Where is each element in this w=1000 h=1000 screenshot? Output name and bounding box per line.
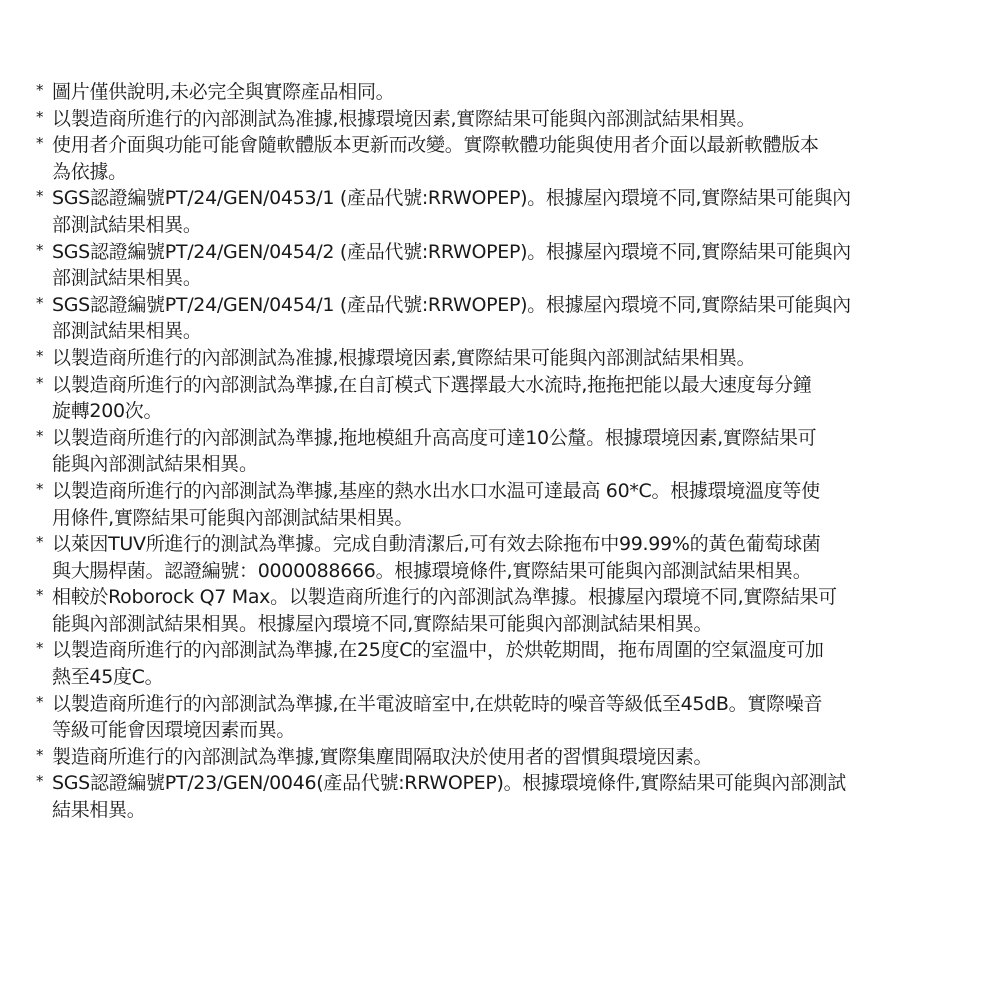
asterisk-bullet-icon: * <box>36 104 43 131</box>
note-line: 製造商所進行的內部測試為準據,實際集塵間隔取決於使用者的習慣與環境因素。 <box>52 744 966 771</box>
note-line: 能與內部測試結果相異。根據屋內環境不同,實際結果可能與內部測試結果相異。 <box>52 611 966 638</box>
asterisk-bullet-icon: * <box>36 529 43 556</box>
note-line: 能與內部測試結果相異。 <box>52 451 966 478</box>
note-line: 以萊因TUV所進行的測試為準據。完成自動清潔后,可有效去除拖布中99.99%的黃… <box>52 531 966 558</box>
note-line: 結果相異。 <box>52 797 966 824</box>
note-item: *以製造商所進行的內部測試為準據,拖地模組升高高度可達10公釐。根據環境因素,實… <box>36 425 966 478</box>
asterisk-bullet-icon: * <box>36 768 43 795</box>
note-item: *SGS認證編號PT/24/GEN/0454/1 (產品代號:RRWOPEP)。… <box>36 292 966 345</box>
note-line: 為依據。 <box>52 159 966 186</box>
note-item: *SGS認證編號PT/24/GEN/0453/1 (產品代號:RRWOPEP)。… <box>36 185 966 238</box>
note-item: *以製造商所進行的內部測試為準據,在自訂模式下選擇最大水流時,拖拖把能以最大速度… <box>36 372 966 425</box>
note-line: 與大腸桿菌。認證編號：0000088666。根據環境條件,實際結果可能與內部測試… <box>52 558 966 585</box>
asterisk-bullet-icon: * <box>36 582 43 609</box>
asterisk-bullet-icon: * <box>36 370 43 397</box>
note-line: 使用者介面與功能可能會隨軟體版本更新而改變。實際軟體功能與使用者介面以最新軟體版… <box>52 132 966 159</box>
note-item: *製造商所進行的內部測試為準據,實際集塵間隔取決於使用者的習慣與環境因素。 <box>36 744 966 771</box>
note-item: *以製造商所進行的內部測試為準據,在半電波暗室中,在烘乾時的噪音等級低至45dB… <box>36 691 966 744</box>
asterisk-bullet-icon: * <box>36 290 43 317</box>
note-line: SGS認證編號PT/24/GEN/0454/1 (產品代號:RRWOPEP)。根… <box>52 292 966 319</box>
asterisk-bullet-icon: * <box>36 742 43 769</box>
asterisk-bullet-icon: * <box>36 183 43 210</box>
note-item: *SGS認證編號PT/24/GEN/0454/2 (產品代號:RRWOPEP)。… <box>36 239 966 292</box>
note-item: *相較於Roborock Q7 Max。以製造商所進行的內部測試為準據。根據屋內… <box>36 584 966 637</box>
note-item: *SGS認證編號PT/23/GEN/0046(產品代號:RRWOPEP)。根據環… <box>36 770 966 823</box>
asterisk-bullet-icon: * <box>36 343 43 370</box>
note-line: SGS認證編號PT/23/GEN/0046(產品代號:RRWOPEP)。根據環境… <box>52 770 966 797</box>
note-line: 部測試結果相異。 <box>52 318 966 345</box>
note-line: 以製造商所進行的內部測試為準據,基座的熱水出水口水温可達最高 60*C。根據環境… <box>52 478 966 505</box>
asterisk-bullet-icon: * <box>36 689 43 716</box>
asterisk-bullet-icon: * <box>36 237 43 264</box>
note-line: SGS認證編號PT/24/GEN/0453/1 (產品代號:RRWOPEP)。根… <box>52 185 966 212</box>
note-line: 旋轉200次。 <box>52 398 966 425</box>
note-line: 部測試結果相異。 <box>52 212 966 239</box>
note-line: 熱至45度C。 <box>52 664 966 691</box>
note-item: *以製造商所進行的內部測試為準據,基座的熱水出水口水温可達最高 60*C。根據環… <box>36 478 966 531</box>
note-line: 相較於Roborock Q7 Max。以製造商所進行的內部測試為準據。根據屋內環… <box>52 584 966 611</box>
note-line: 以製造商所進行的內部測試為準據,拖地模組升高高度可達10公釐。根據環境因素,實際… <box>52 425 966 452</box>
note-line: 以製造商所進行的內部測試為準據,在25度C的室溫中，於烘乾期間，拖布周圍的空氣溫… <box>52 637 966 664</box>
note-item: *以製造商所進行的內部測試為准據,根據環境因素,實際結果可能與內部測試結果相異。 <box>36 345 966 372</box>
note-line: 以製造商所進行的內部測試為准據,根據環境因素,實際結果可能與內部測試結果相異。 <box>52 345 966 372</box>
disclaimer-notes-list: *圖片僅供說明,未必完全與實際產品相同。 *以製造商所進行的內部測試為准據,根據… <box>36 79 966 824</box>
note-item: *以製造商所進行的內部測試為准據,根據環境因素,實際結果可能與內部測試結果相異。 <box>36 106 966 133</box>
note-line: 用條件,實際結果可能與內部測試結果相異。 <box>52 505 966 532</box>
note-line: 以製造商所進行的內部測試為準據,在自訂模式下選擇最大水流時,拖拖把能以最大速度每… <box>52 372 966 399</box>
asterisk-bullet-icon: * <box>36 476 43 503</box>
note-line: 等級可能會因環境因素而異。 <box>52 717 966 744</box>
asterisk-bullet-icon: * <box>36 635 43 662</box>
note-item: *以製造商所進行的內部測試為準據,在25度C的室溫中，於烘乾期間，拖布周圍的空氣… <box>36 637 966 690</box>
note-item: *圖片僅供說明,未必完全與實際產品相同。 <box>36 79 966 106</box>
asterisk-bullet-icon: * <box>36 77 43 104</box>
asterisk-bullet-icon: * <box>36 423 43 450</box>
note-item: *使用者介面與功能可能會隨軟體版本更新而改變。實際軟體功能與使用者介面以最新軟體… <box>36 132 966 185</box>
note-line: SGS認證編號PT/24/GEN/0454/2 (產品代號:RRWOPEP)。根… <box>52 239 966 266</box>
note-line: 以製造商所進行的內部測試為准據,根據環境因素,實際結果可能與內部測試結果相異。 <box>52 106 966 133</box>
asterisk-bullet-icon: * <box>36 130 43 157</box>
note-line: 圖片僅供說明,未必完全與實際產品相同。 <box>52 79 966 106</box>
note-line: 部測試結果相異。 <box>52 265 966 292</box>
note-item: *以萊因TUV所進行的測試為準據。完成自動清潔后,可有效去除拖布中99.99%的… <box>36 531 966 584</box>
note-line: 以製造商所進行的內部測試為準據,在半電波暗室中,在烘乾時的噪音等級低至45dB。… <box>52 691 966 718</box>
